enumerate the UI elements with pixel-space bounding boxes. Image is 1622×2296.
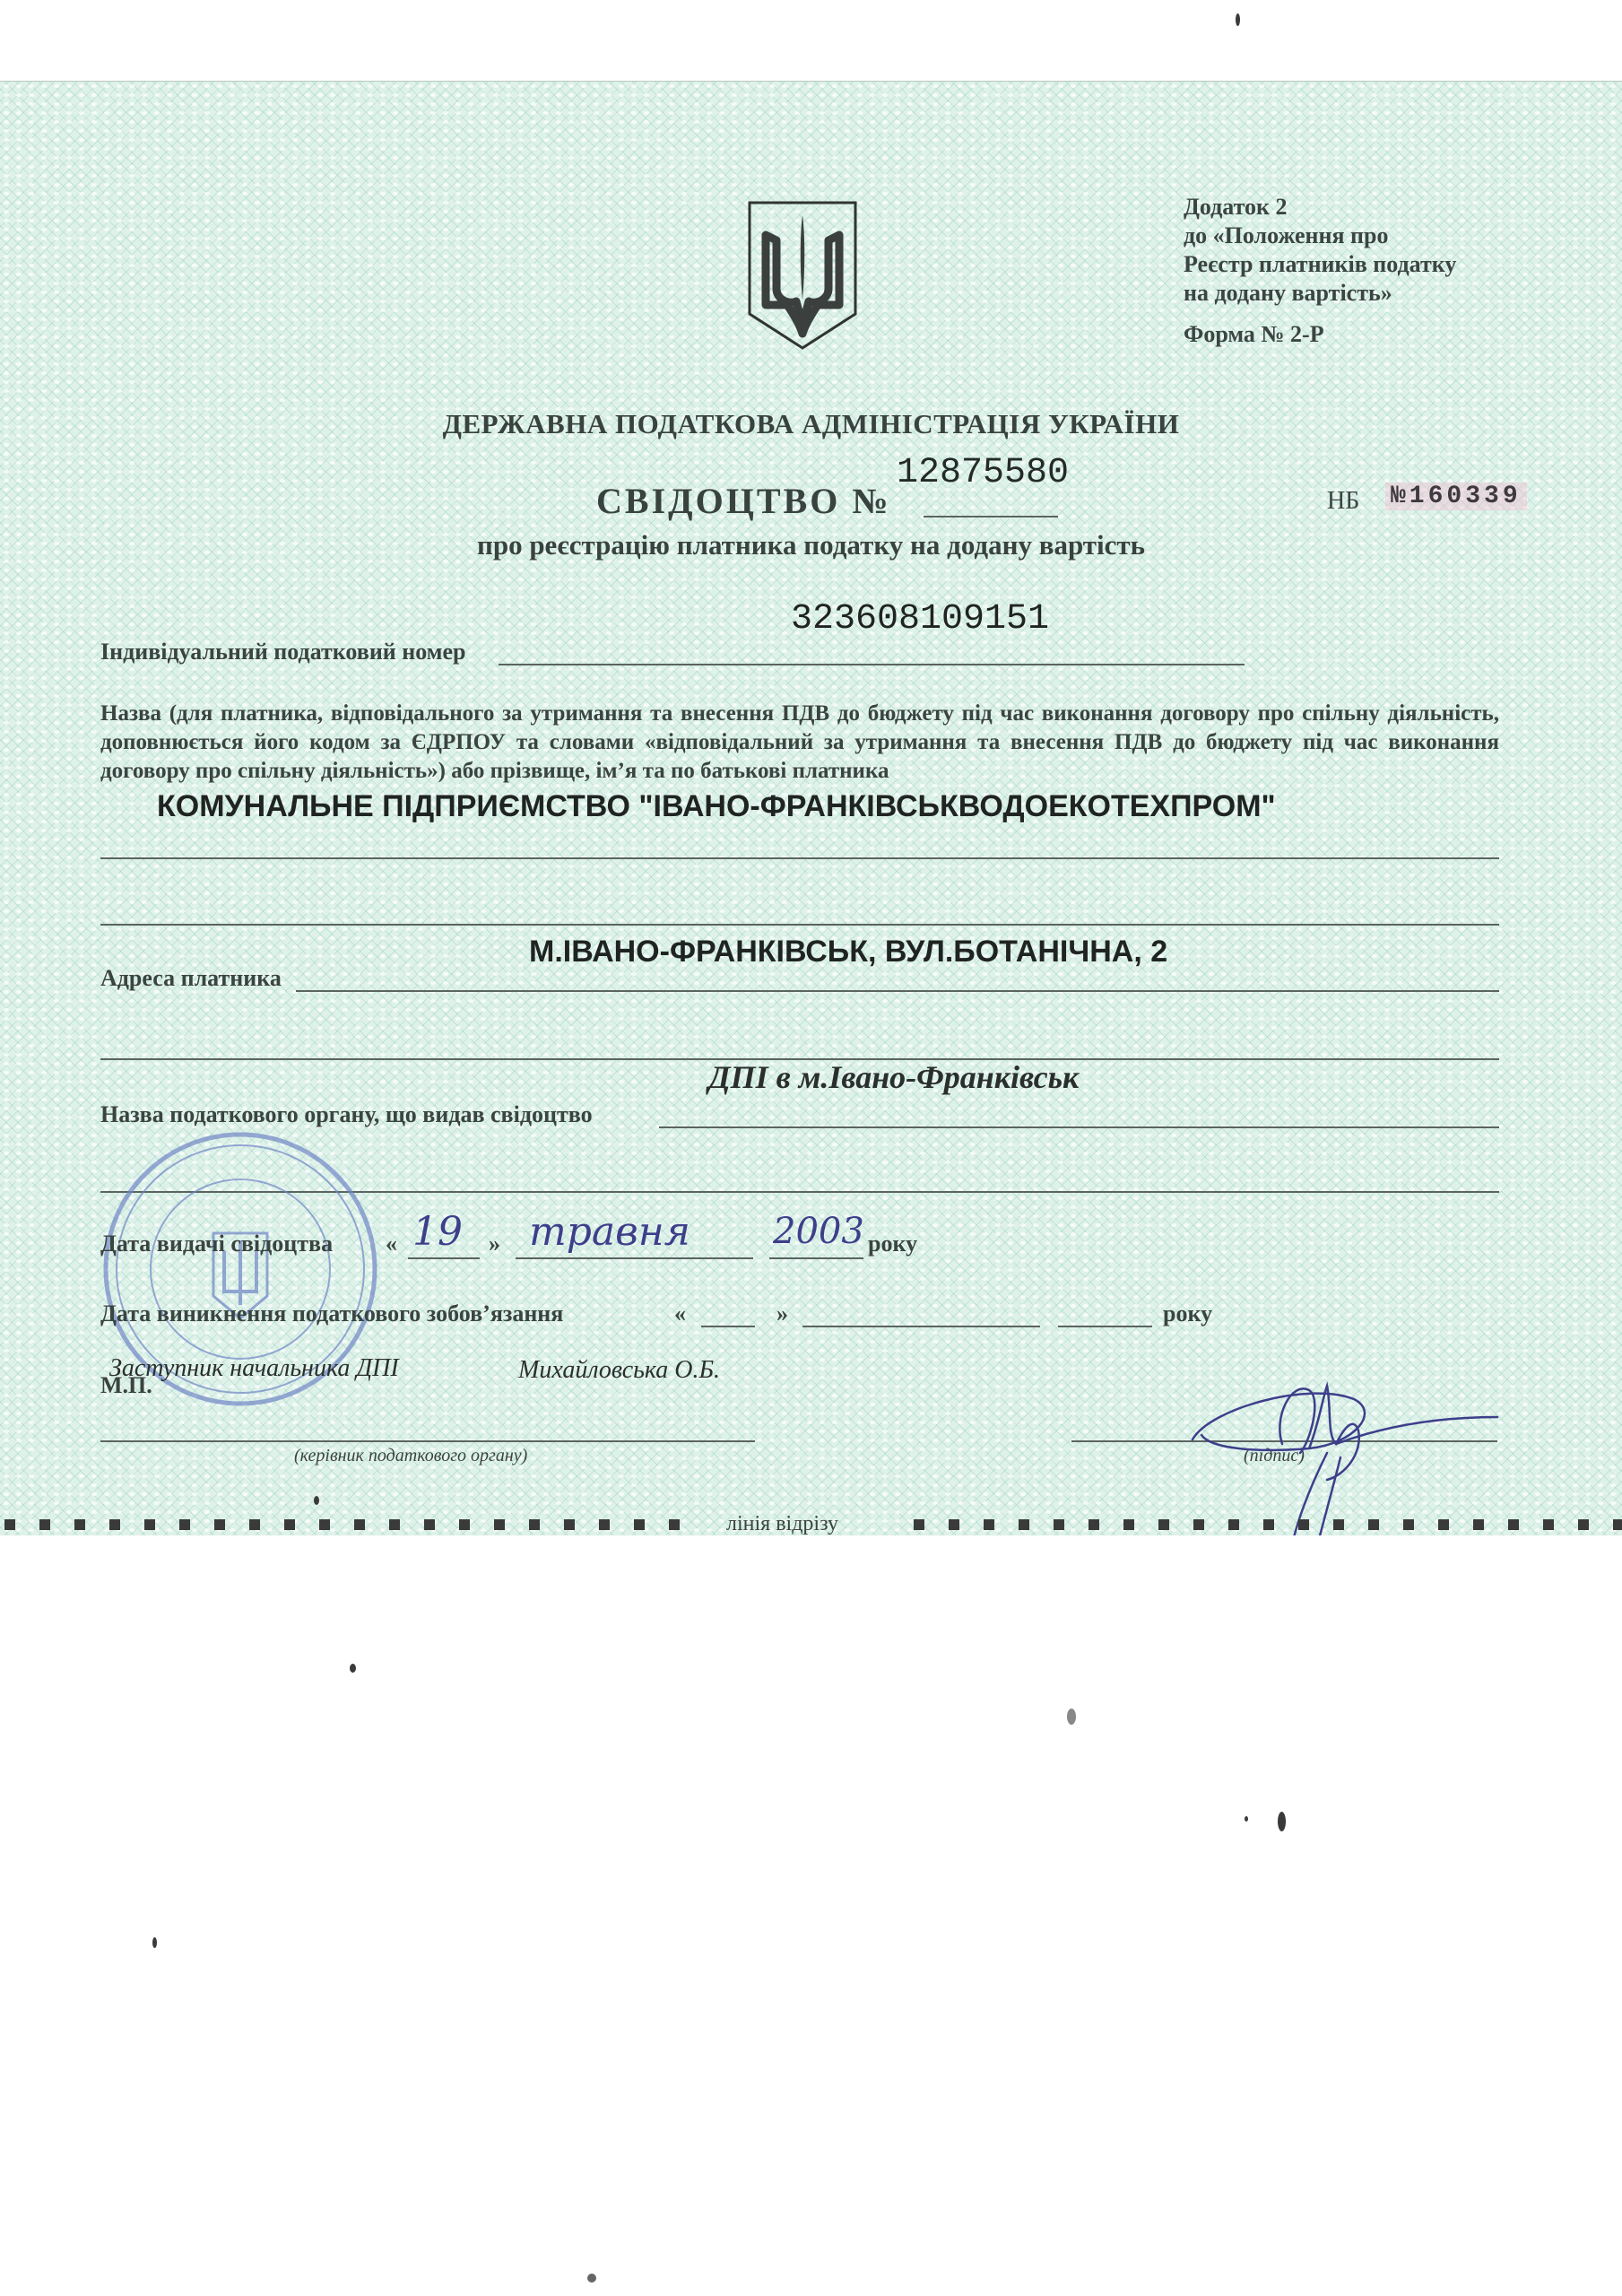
issue-date-suffix: року — [868, 1231, 917, 1257]
annex-line: до «Положення про — [1184, 222, 1456, 250]
annex-line: на додану вартість» — [1184, 279, 1456, 308]
issue-year-line — [769, 1257, 863, 1259]
issuer-value: ДПІ в м.Івано-Франківськ — [708, 1058, 1079, 1096]
cut-line-dash — [1578, 1519, 1589, 1530]
series-number: №160339 — [1385, 483, 1527, 510]
issue-month-line — [516, 1257, 753, 1259]
cut-line-dash — [319, 1519, 330, 1530]
cut-line-dash — [949, 1519, 959, 1530]
cut-line-dash — [179, 1519, 190, 1530]
liability-day-line — [701, 1326, 755, 1327]
cut-line-label: лінія відрізу — [726, 1512, 838, 1536]
liability-date-open-quote: « — [674, 1300, 686, 1327]
certificate-number: 12875580 — [897, 453, 1069, 493]
cut-line-dash — [459, 1519, 470, 1530]
cut-line-dash — [39, 1519, 50, 1530]
cut-line-dash — [144, 1519, 155, 1530]
cut-line-dash — [1158, 1519, 1169, 1530]
cut-line-dash — [284, 1519, 295, 1530]
official-position: Заступник начальника ДПІ — [109, 1354, 399, 1383]
name-label: Назва (для платника, відповідального за … — [100, 700, 1499, 786]
cut-line-dash — [1193, 1519, 1204, 1530]
cut-line-dash — [424, 1519, 435, 1530]
issue-date-close-quote: » — [489, 1231, 500, 1257]
cut-line-dash — [1298, 1519, 1309, 1530]
coat-of-arms-icon — [746, 199, 859, 352]
torn-blank-area — [0, 1535, 1622, 2296]
address-label: Адреса платника — [100, 965, 282, 992]
cut-line-dash — [1123, 1519, 1134, 1530]
cut-line-dash — [109, 1519, 120, 1530]
cut-line-dash — [1263, 1519, 1274, 1530]
cut-line-dash — [389, 1519, 400, 1530]
series-label: НБ — [1327, 487, 1359, 516]
cut-line-dash — [1543, 1519, 1554, 1530]
cut-line-dash — [564, 1519, 575, 1530]
certificate-title: СВІДОЦТВО № — [596, 480, 891, 522]
head-caption: (керівник податкового органу) — [294, 1446, 527, 1466]
certificate-number-underline — [924, 516, 1058, 517]
certificate-subtitle: про реєстрацію платника податку на додан… — [0, 529, 1622, 561]
cut-line-dash — [1228, 1519, 1239, 1530]
cut-line-dash — [214, 1519, 225, 1530]
cut-line-dash — [1054, 1519, 1064, 1530]
scan-speck — [1278, 1812, 1286, 1831]
cut-line-dash — [354, 1519, 365, 1530]
cut-line-dash — [599, 1519, 610, 1530]
cut-line-dash — [1333, 1519, 1344, 1530]
issue-date-label: Дата видачі свідоцтва — [100, 1231, 333, 1257]
tax-id-value: 323608109151 — [791, 599, 1049, 639]
cut-line-dash — [1613, 1519, 1622, 1530]
liability-month-line — [802, 1326, 1040, 1327]
scan-speck — [587, 2274, 596, 2283]
head-signature-line — [100, 1440, 755, 1442]
liability-date-suffix: року — [1163, 1300, 1212, 1327]
annex-note: Додаток 2 до «Положення про Реєстр платн… — [1184, 193, 1456, 349]
issue-date-year: 2003 — [773, 1211, 864, 1252]
cut-line-dash — [1473, 1519, 1484, 1530]
cut-line-dash — [1019, 1519, 1029, 1530]
tax-id-line — [499, 664, 1245, 665]
cut-line-dash — [669, 1519, 680, 1530]
tax-id-label: Індивідуальний податковий номер — [100, 639, 465, 665]
stamp-place-label: М.П. — [100, 1372, 152, 1399]
cut-line-dash — [1368, 1519, 1379, 1530]
cut-line-dash — [529, 1519, 540, 1530]
annex-line: Реєстр платників податку — [1184, 250, 1456, 279]
liability-date-close-quote: » — [776, 1300, 788, 1327]
name-line-1 — [100, 857, 1499, 859]
cut-line-dash — [1438, 1519, 1449, 1530]
liability-year-line — [1058, 1326, 1152, 1327]
annex-line: Додаток 2 — [1184, 193, 1456, 222]
authority-heading: ДЕРЖАВНА ПОДАТКОВА АДМІНІСТРАЦІЯ УКРАЇНИ — [0, 408, 1622, 440]
cut-line-dash — [984, 1519, 994, 1530]
issue-date-month: травня — [529, 1209, 690, 1255]
scan-speck — [152, 1937, 157, 1948]
cut-line-dash — [634, 1519, 645, 1530]
liability-date-label: Дата виникнення податкового зобов’язання — [100, 1300, 563, 1327]
address-value: М.ІВАНО-ФРАНКІВСЬК, ВУЛ.БОТАНІЧНА, 2 — [529, 935, 1167, 970]
cut-line-dash — [494, 1519, 505, 1530]
official-name: Михайловська О.Б. — [518, 1356, 720, 1385]
name-line-2 — [100, 924, 1499, 926]
cut-line-dash — [4, 1519, 15, 1530]
cut-line-dash — [1508, 1519, 1519, 1530]
cut-line-dash — [1403, 1519, 1414, 1530]
address-line-1 — [296, 990, 1499, 992]
scan-speck — [350, 1664, 356, 1673]
scan-speck — [1236, 13, 1240, 26]
cut-line-dash — [74, 1519, 85, 1530]
issue-date-day: 19 — [412, 1209, 463, 1255]
cut-line-dash — [249, 1519, 260, 1530]
scan-speck — [1245, 1816, 1248, 1822]
issuer-label: Назва податкового органу, що видав свідо… — [100, 1101, 593, 1128]
cut-line-dash — [914, 1519, 924, 1530]
issuer-line-1 — [659, 1126, 1499, 1128]
scan-speck — [1067, 1709, 1076, 1725]
cut-line-dash — [1089, 1519, 1099, 1530]
payer-name-value: КОМУНАЛЬНЕ ПІДПРИЄМСТВО "ІВАНО-ФРАНКІВСЬ… — [157, 789, 1276, 824]
issue-date-open-quote: « — [386, 1231, 397, 1257]
form-number: Форма № 2-Р — [1184, 320, 1456, 349]
issue-day-line — [408, 1257, 480, 1259]
scan-speck — [314, 1496, 319, 1505]
